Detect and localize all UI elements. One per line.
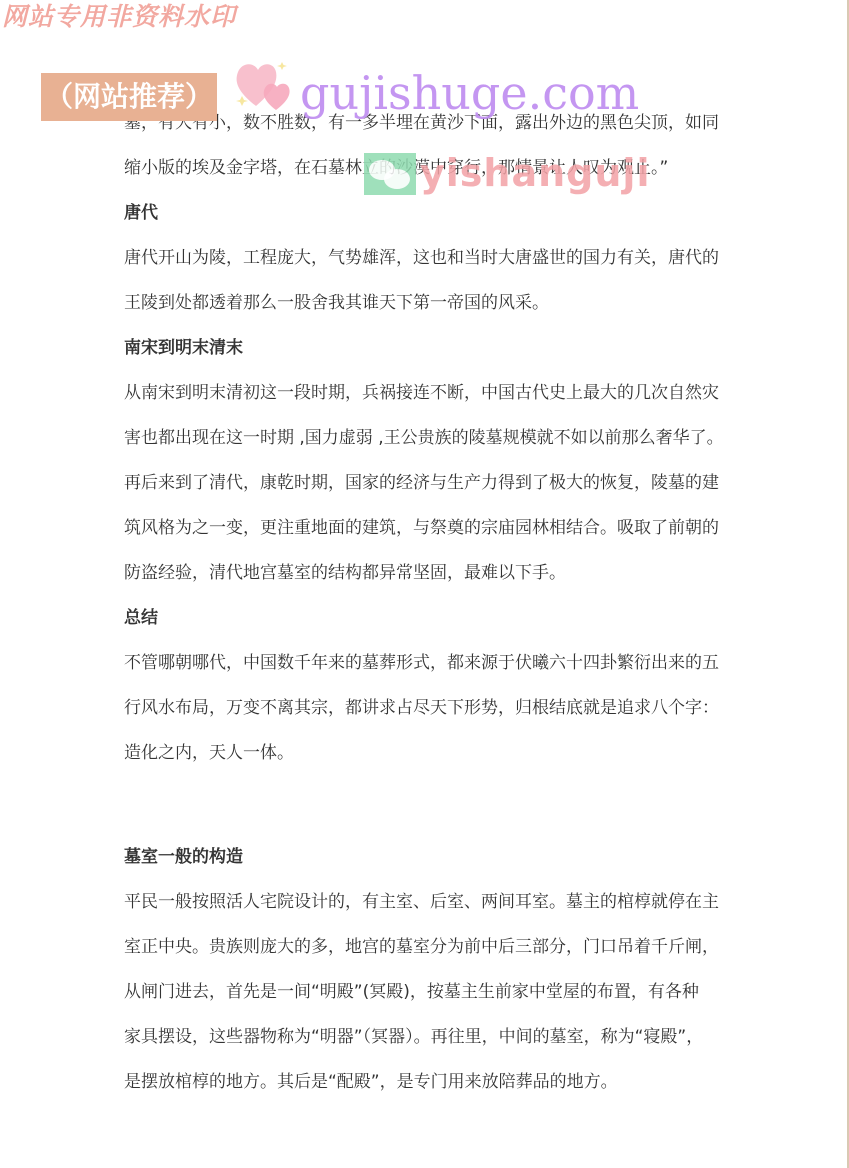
paragraph-line: 行风水布局，万变不离其宗，都讲求占尽天下形势，归根结底就是追求八个字： [124,686,729,731]
paragraph-line: 从闸门进去，首先是一间“明殿”(冥殿)，按墓主生前家中堂屋的布置，有各种 [124,970,729,1015]
paragraph-line: 筑风格为之一变，更注重地面的建筑，与祭奠的宗庙园林相结合。吸取了前朝的 [124,506,729,551]
paragraph-line: 室正中央。贵族则庞大的多，地宫的墓室分为前中后三部分，门口吊着千斤闸， [124,925,729,970]
paragraph-line: 防盗经验，清代地宫墓室的结构都异常坚固，最难以下手。 [124,551,729,596]
paragraph-line: 从南宋到明末清初这一段时期，兵祸接连不断，中国古代史上最大的几次自然灾 [124,371,729,416]
watermark-top-left: 网站专用非资料水印 [2,0,236,34]
section-tomb-structure: 墓室一般的构造 平民一般按照活人宅院设计的，有主室、后室、两间耳室。墓主的棺椁就… [124,835,729,1105]
section-heading: 南宋到明末清末 [124,326,729,371]
section-heading: 总结 [124,596,729,641]
section-tang: 唐代 唐代开山为陵，工程庞大，气势雄浑，这也和当时大唐盛世的国力有关，唐代的 王… [124,191,729,326]
paragraph-line: 是摆放棺椁的地方。其后是“配殿”，是专门用来放陪葬品的地方。 [124,1060,729,1105]
paragraph-line: 平民一般按照活人宅院设计的，有主室、后室、两间耳室。墓主的棺椁就停在主 [124,880,729,925]
article-body: 墓，有大有小，数不胜数，有一多半埋在黄沙下面，露出外边的黑色尖顶，如同 缩小版的… [124,101,729,1105]
watermark-site-url: gujishuge.com [300,58,639,128]
paragraph-line: 造化之内，天人一体。 [124,731,729,776]
hearts-icon [232,56,296,112]
watermark-recommend-badge: （网站推荐） [41,73,217,121]
section-song-ming-qing: 南宋到明末清末 从南宋到明末清初这一段时期，兵祸接连不断，中国古代史上最大的几次… [124,326,729,596]
paragraph-line: 害也都出现在这一时期 ,国力虚弱 ,王公贵族的陵墓规模就不如以前那么奢华了。 [124,416,729,461]
watermark-wechat-id: yishanguji [420,146,650,200]
paragraph-line: 唐代开山为陵，工程庞大，气势雄浑，这也和当时大唐盛世的国力有关，唐代的 [124,236,729,281]
section-summary: 总结 不管哪朝哪代，中国数千年来的墓葬形式，都来源于伏曦六十四卦繁衍出来的五 行… [124,596,729,776]
wechat-icon [364,153,416,195]
paragraph-line: 家具摆设，这些器物称为“明器”（冥器）。再往里，中间的墓室，称为“寝殿”， [124,1015,729,1060]
section-heading: 墓室一般的构造 [124,835,729,880]
section-gap [124,776,729,835]
paragraph-line: 不管哪朝哪代，中国数千年来的墓葬形式，都来源于伏曦六十四卦繁衍出来的五 [124,641,729,686]
paragraph-line: 再后来到了清代，康乾时期，国家的经济与生产力得到了极大的恢复，陵墓的建 [124,461,729,506]
paragraph-line: 王陵到处都透着那么一股舍我其谁天下第一帝国的风采。 [124,281,729,326]
